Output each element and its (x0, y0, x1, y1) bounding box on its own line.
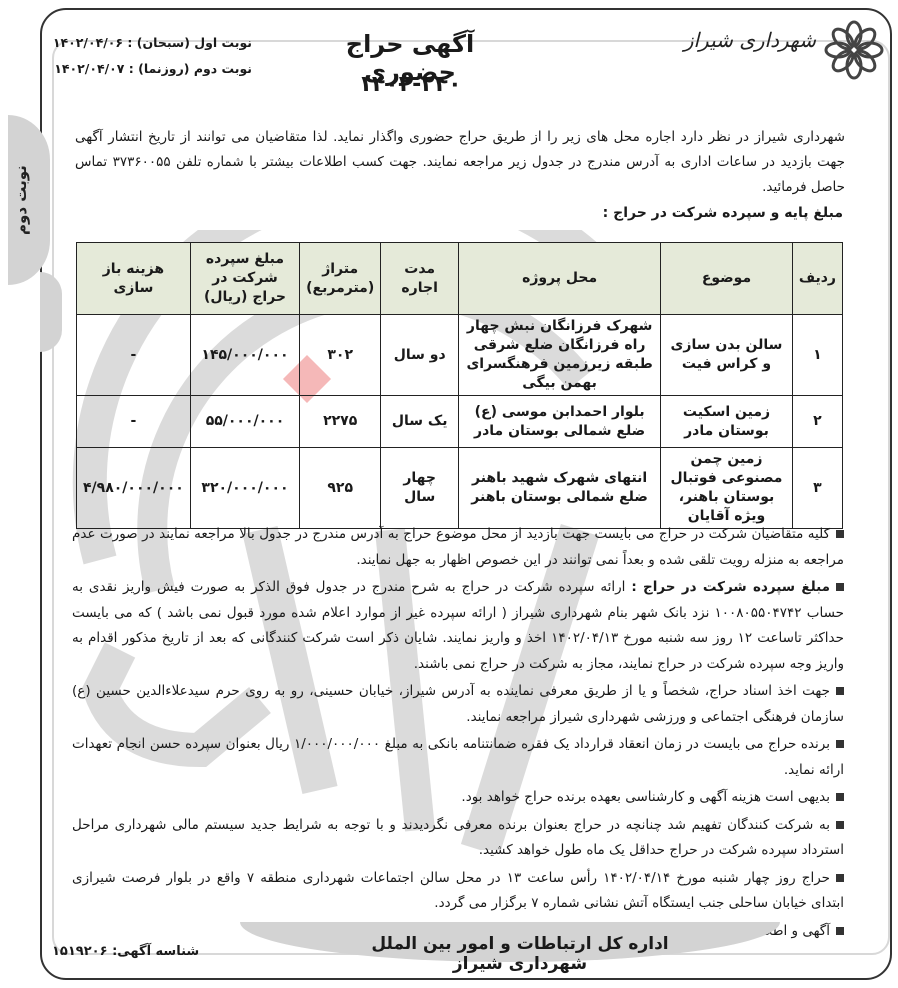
ad-id: شناسه آگهی: ۱۵۱۹۲۰۶ (52, 944, 199, 959)
cell-subject: زمین چمن مصنوعی فوتبال بوستان باهنر، ویژ… (661, 448, 793, 529)
cell-deposit: ۱۴۵/۰۰۰/۰۰۰ (190, 315, 299, 396)
auction-table: ردیف موضوع محل پروژه مدت اجاره متراژ (مت… (76, 242, 843, 529)
terms-item-heading: مبلغ سپرده شرکت در حراج : (631, 579, 830, 595)
cell-renovation-cost: ۴/۹۸۰/۰۰۰/۰۰۰ (77, 448, 191, 529)
cell-location: شهرک فرزانگان نبش چهار راه فرزانگان ضلع … (459, 315, 661, 396)
footer: اداره کل ارتباطات و امور بین الملل شهردا… (40, 930, 892, 980)
cell-row-number: ۳ (792, 448, 842, 529)
cell-subject: سالن بدن سازی و کراس فیت (661, 315, 793, 396)
terms-item: حراج روز چهار شنبه مورخ ۱۴۰۲/۰۴/۱۴ رأس س… (72, 866, 844, 917)
cell-location: انتهای شهرک شهید باهنر ضلع شمالی بوستان … (459, 448, 661, 529)
table-row: ۳ زمین چمن مصنوعی فوتبال بوستان باهنر، و… (77, 448, 843, 529)
cell-row-number: ۱ (792, 315, 842, 396)
bullet-square-icon (836, 583, 844, 591)
terms-list: کلیه متقاضیان شرکت در حراج می بایست جهت … (72, 522, 844, 946)
cell-renovation-cost: - (77, 396, 191, 448)
intro-paragraph: شهرداری شیراز در نظر دارد اجاره محل های … (75, 125, 845, 200)
ad-number: ۱۴۰۲-۲۴۰ (300, 72, 520, 97)
cell-area: ۳۰۲ (300, 315, 381, 396)
cell-lease-duration: دو سال (381, 315, 459, 396)
bullet-square-icon (836, 793, 844, 801)
footer-department: اداره کل ارتباطات و امور بین الملل شهردا… (340, 934, 700, 974)
table-row: ۲ زمین اسکیت بوستان مادر بلوار احمدابن م… (77, 396, 843, 448)
col-header-area: متراژ (مترمربع) (300, 243, 381, 315)
terms-item: به شرکت کنندگان تفهیم شد چنانچه در حراج … (72, 813, 844, 864)
bullet-square-icon (836, 874, 844, 882)
cell-location: بلوار احمدابن موسی (ع) ضلع شمالی بوستان … (459, 396, 661, 448)
run-label: نوبت دوم (روزنما) : (129, 61, 252, 76)
run-date: ۱۴۰۲/۰۴/۰۷ (54, 61, 124, 76)
terms-item: برنده حراج می بایست در زمان انعقاد قرارد… (72, 732, 844, 783)
col-header-location: محل پروژه (459, 243, 661, 315)
table-header-row: ردیف موضوع محل پروژه مدت اجاره متراژ (مت… (77, 243, 843, 315)
cell-row-number: ۲ (792, 396, 842, 448)
run-first: نوبت اول (سبحان) : ۱۴۰۲/۰۴/۰۶ (52, 30, 252, 56)
terms-item: بدیهی است هزینه آگهی و کارشناسی بعهده بر… (72, 785, 844, 811)
logo-text: شهرداری شیراز (684, 28, 816, 52)
run-second: نوبت دوم (روزنما) : ۱۴۰۲/۰۴/۰۷ (52, 56, 252, 82)
publication-runs: نوبت اول (سبحان) : ۱۴۰۲/۰۴/۰۶ نوبت دوم (… (52, 30, 252, 82)
bullet-square-icon (836, 821, 844, 829)
col-header-subject: موضوع (661, 243, 793, 315)
bullet-square-icon (836, 687, 844, 695)
bullet-square-icon (836, 530, 844, 538)
terms-item: کلیه متقاضیان شرکت در حراج می بایست جهت … (72, 522, 844, 573)
table-row: ۱ سالن بدن سازی و کراس فیت شهرک فرزانگان… (77, 315, 843, 396)
cell-area: ۹۲۵ (300, 448, 381, 529)
col-header-deposit: مبلغ سپرده شرکت در حراج (ریال) (190, 243, 299, 315)
cell-lease-duration: یک سال (381, 396, 459, 448)
col-header-row-number: ردیف (792, 243, 842, 315)
section-title: مبلغ پایه و سپرده شرکت در حراج : (75, 205, 843, 221)
shiraz-municipality-logo-icon (824, 20, 884, 80)
run-label: نوبت اول (سبحان) : (127, 35, 252, 50)
cell-deposit: ۵۵/۰۰۰/۰۰۰ (190, 396, 299, 448)
run-date: ۱۴۰۲/۰۴/۰۶ (53, 35, 123, 50)
cell-renovation-cost: - (77, 315, 191, 396)
terms-item: جهت اخذ اسناد حراج، شخصاً و یا از طریق م… (72, 679, 844, 730)
cell-lease-duration: چهار سال (381, 448, 459, 529)
cell-deposit: ۳۲۰/۰۰۰/۰۰۰ (190, 448, 299, 529)
col-header-lease-duration: مدت اجاره (381, 243, 459, 315)
cell-subject: زمین اسکیت بوستان مادر (661, 396, 793, 448)
side-tab-curve (40, 272, 62, 352)
bullet-square-icon (836, 740, 844, 748)
cell-area: ۲۲۷۵ (300, 396, 381, 448)
side-label: نوبت دوم (12, 150, 42, 250)
col-header-renovation-cost: هزینه باز سازی (77, 243, 191, 315)
terms-item: مبلغ سپرده شرکت در حراج : ارائه سپرده شر… (72, 575, 844, 677)
